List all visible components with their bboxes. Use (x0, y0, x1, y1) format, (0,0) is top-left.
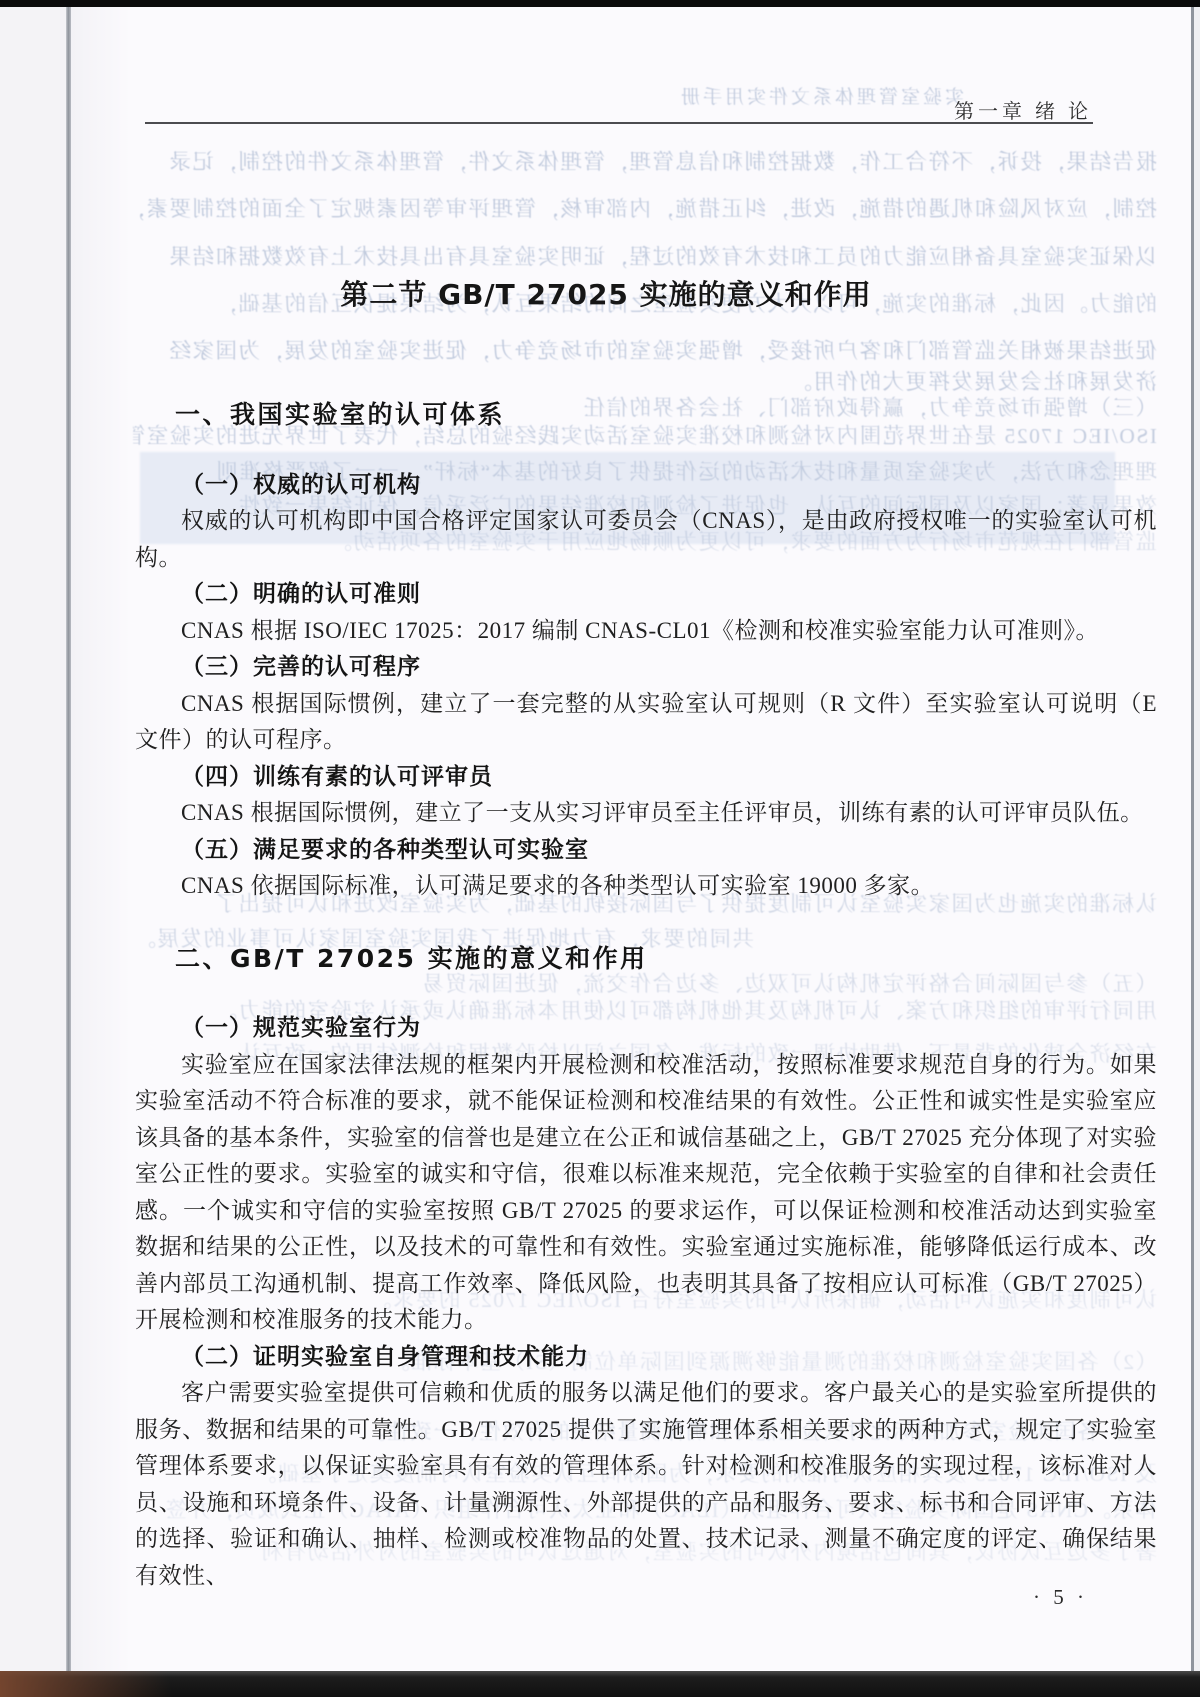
section-title: 第二节 GB/T 27025 实施的意义和作用 (95, 273, 1117, 313)
scan-edge-bottom (0, 1671, 1200, 1697)
body-heading-level3: （二）明确的认可准则 (135, 576, 1157, 613)
bleedthrough-text: 实验室管理体系文件实用手册 (678, 86, 964, 110)
body-heading-level3: （四）训练有素的认可评审员 (135, 759, 1157, 796)
body-paragraph: CNAS 根据国际惯例，建立了一套完整的从实验室认可规则（R 文件）至实验室认可… (135, 686, 1157, 759)
bleedthrough-text: 促进结果被相关监管部门和客户所接受，增强实验室的市场竞争力，促进实验室的发展，为… (133, 339, 1157, 363)
body-paragraph: 实验室应在国家法律法规的框架内开展检测和校准活动，按照标准要求规范自身的行为。如… (135, 1047, 1157, 1339)
body-paragraph: CNAS 根据 ISO/IEC 17025：2017 编制 CNAS-CL01《… (135, 613, 1157, 650)
bleedthrough-text: 报告结果，投诉，不符合工作，数据控制和信息管理，管理体系文件，管理体系文件的控制… (133, 150, 1157, 174)
page-number: · 5 · (1033, 1585, 1088, 1610)
body-text: 一、我国实验室的认可体系（一）权威的认可机构权威的认可机构即中国合格评定国家认可… (135, 397, 1157, 1594)
scan-edge-top (0, 0, 1200, 7)
running-header: 第一章 绪 论 (954, 95, 1092, 124)
body-heading-level3: （一）权威的认可机构 (135, 467, 1157, 504)
bleedthrough-text: 济发展和社会发展发挥更大的作用。 (133, 370, 1157, 394)
body-paragraph: CNAS 根据国际惯例，建立了一支从实习评审员至主任评审员，训练有素的认可评审员… (135, 795, 1157, 832)
body-heading-level2: 一、我国实验室的认可体系 (175, 397, 1157, 434)
body-heading-level3: （一）规范实验室行为 (135, 1010, 1157, 1047)
header-rule (145, 122, 1093, 124)
body-paragraph: 权威的认可机构即中国合格评定国家认可委员会（CNAS），是由政府授权唯一的实验室… (135, 503, 1157, 576)
bleedthrough-text: 控制，应对风险和机遇的措施，改进，纠正措施，内部审核，管理评审等因素规定了全面的… (133, 197, 1157, 221)
body-heading-level3: （五）满足要求的各种类型认可实验室 (135, 832, 1157, 869)
body-heading-level3: （三）完善的认可程序 (135, 649, 1157, 686)
body-heading-level2: 二、GB/T 27025 实施的意义和作用 (175, 941, 1157, 978)
body-paragraph: 客户需要实验室提供可信赖和优质的服务以满足他们的要求。客户最关心的是实验室所提供… (135, 1375, 1157, 1594)
page-surface: 实验室管理体系文件实用手册报告结果，投诉，不符合工作，数据控制和信息管理，管理体… (71, 7, 1191, 1671)
bleedthrough-text: 以保证实验室具备相应能力的员工和技术有效的过程，证明实验室具有出具技术上有效数据… (133, 245, 1157, 269)
body-heading-level3: （二）证明实验室自身管理和技术能力 (135, 1339, 1157, 1376)
body-paragraph: CNAS 依据国际标准，认可满足要求的各种类型认可实验室 19000 多家。 (135, 868, 1157, 905)
